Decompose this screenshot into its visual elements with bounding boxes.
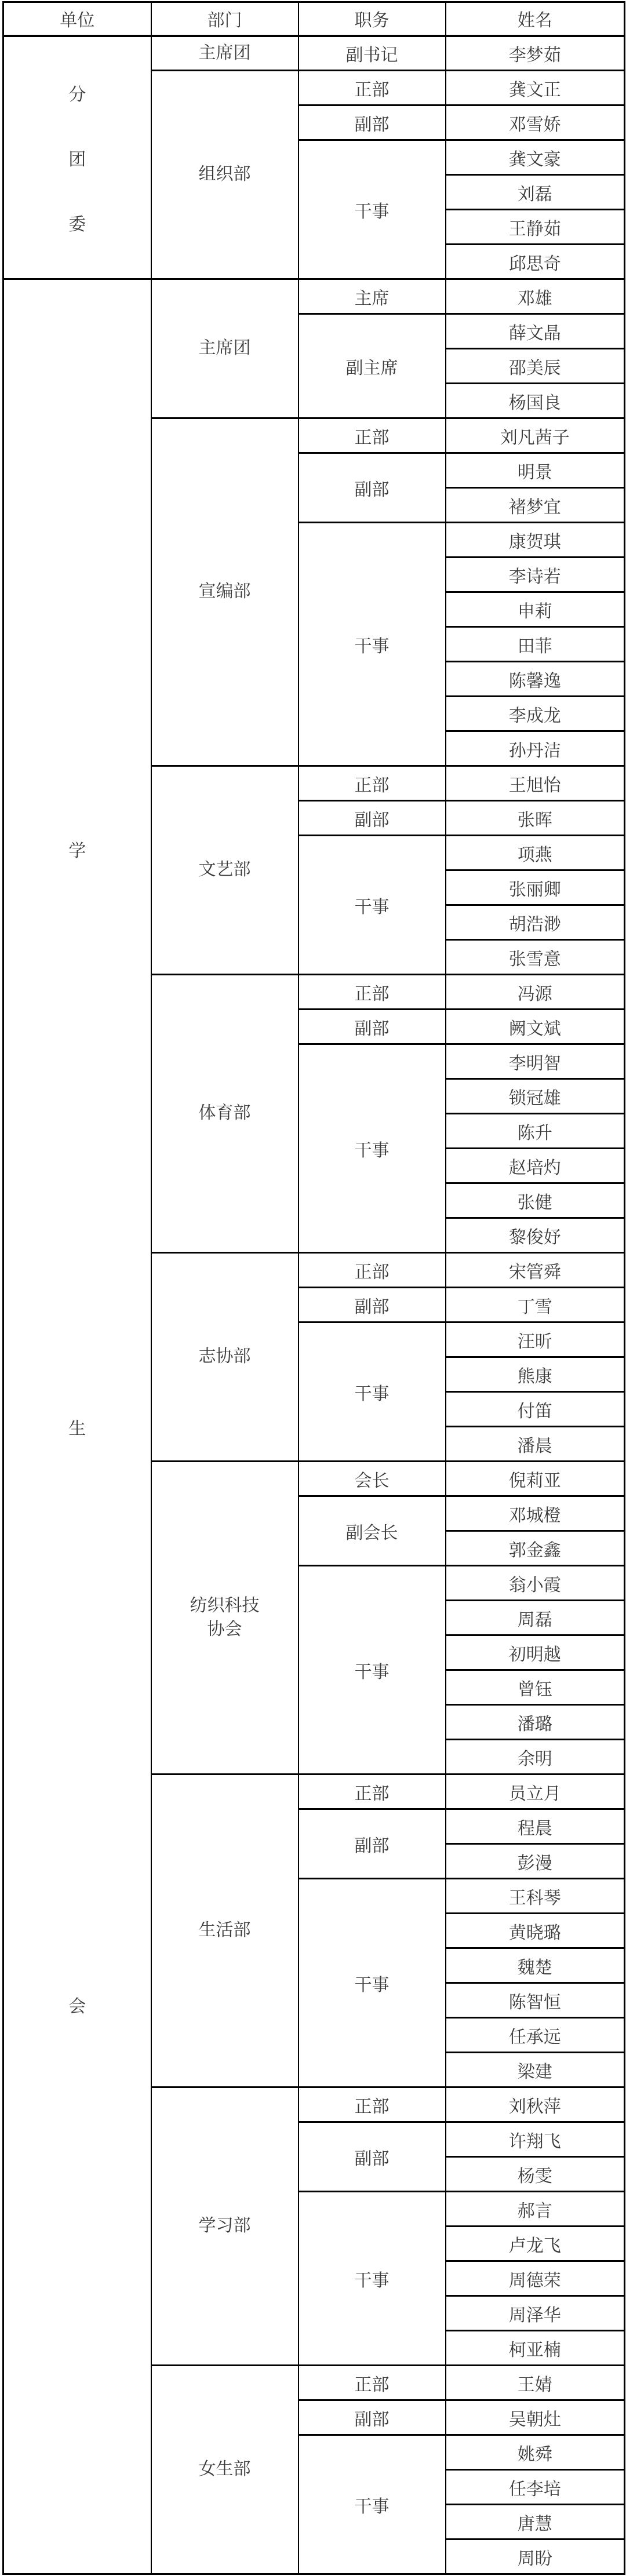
org-roster-table: 单位 部门 职务 姓名 分团委主席团副书记李梦茹组织部正部龚文正副部邓雪娇干事龚… xyxy=(2,1,625,2575)
name-cell: 倪莉亚 xyxy=(446,1462,625,1496)
name-cell: 刘秋萍 xyxy=(446,2087,625,2122)
name-cell: 邓城橙 xyxy=(446,1496,625,1531)
name-cell: 龚文豪 xyxy=(446,140,625,175)
position-cell: 干事 xyxy=(299,1879,446,2087)
position-cell: 干事 xyxy=(299,1322,446,1462)
department-cell: 体育部 xyxy=(151,975,299,1253)
position-cell: 正部 xyxy=(299,418,446,453)
position-cell: 副部 xyxy=(299,2400,446,2435)
position-cell: 副部 xyxy=(299,453,446,523)
name-cell: 余明 xyxy=(446,1740,625,1775)
unit-cell: 学生会 xyxy=(3,279,151,2574)
unit-char: 学 xyxy=(68,836,86,862)
name-cell: 李成龙 xyxy=(446,697,625,731)
name-cell: 梁建 xyxy=(446,2053,625,2087)
name-cell: 魏楚 xyxy=(446,1948,625,1983)
name-cell: 杨国良 xyxy=(446,384,625,418)
header-unit: 单位 xyxy=(3,2,151,36)
name-cell: 褚梦宜 xyxy=(446,488,625,523)
header-name: 姓名 xyxy=(446,2,625,36)
department-cell: 主席团 xyxy=(151,36,299,71)
name-cell: 任承远 xyxy=(446,2018,625,2053)
name-cell: 汪昕 xyxy=(446,1322,625,1357)
position-cell: 干事 xyxy=(299,1044,446,1253)
name-cell: 赵培灼 xyxy=(446,1149,625,1183)
position-cell: 副主席 xyxy=(299,314,446,418)
position-cell: 副部 xyxy=(299,2122,446,2192)
position-cell: 干事 xyxy=(299,140,446,279)
unit-cell: 分团委 xyxy=(3,36,151,279)
name-cell: 潘璐 xyxy=(446,1705,625,1740)
name-cell: 丁雪 xyxy=(446,1288,625,1322)
position-cell: 正部 xyxy=(299,766,446,801)
name-cell: 明景 xyxy=(446,453,625,488)
position-cell: 干事 xyxy=(299,2192,446,2366)
name-cell: 薛文晶 xyxy=(446,314,625,349)
header-row: 单位 部门 职务 姓名 xyxy=(3,2,625,36)
name-cell: 员立月 xyxy=(446,1775,625,1809)
name-cell: 刘磊 xyxy=(446,175,625,210)
position-cell: 正部 xyxy=(299,2366,446,2400)
name-cell: 姚舜 xyxy=(446,2435,625,2470)
table-row: 学生会主席团主席邓雄 xyxy=(3,279,625,314)
department-cell: 生活部 xyxy=(151,1775,299,2087)
name-cell: 周盼 xyxy=(446,2539,625,2574)
position-cell: 正部 xyxy=(299,71,446,105)
name-cell: 龚文正 xyxy=(446,71,625,105)
name-cell: 刘凡茜子 xyxy=(446,418,625,453)
name-cell: 邓雄 xyxy=(446,279,625,314)
name-cell: 胡浩渺 xyxy=(446,905,625,940)
name-cell: 周德荣 xyxy=(446,2261,625,2296)
department-cell: 学习部 xyxy=(151,2087,299,2366)
unit-char: 分 xyxy=(68,80,86,105)
unit-char: 生 xyxy=(68,1414,86,1440)
name-cell: 曾钰 xyxy=(446,1670,625,1705)
name-cell: 陈升 xyxy=(446,1114,625,1149)
name-cell: 阙文斌 xyxy=(446,1010,625,1044)
name-cell: 邵美辰 xyxy=(446,349,625,384)
department-cell: 纺织科技协会 xyxy=(151,1462,299,1775)
position-cell: 副部 xyxy=(299,1288,446,1322)
position-cell: 干事 xyxy=(299,1566,446,1775)
department-cell: 主席团 xyxy=(151,279,299,418)
name-cell: 田菲 xyxy=(446,627,625,662)
name-cell: 初明越 xyxy=(446,1635,625,1670)
position-cell: 会长 xyxy=(299,1462,446,1496)
name-cell: 翁小霞 xyxy=(446,1566,625,1601)
position-cell: 副部 xyxy=(299,105,446,140)
name-cell: 张晖 xyxy=(446,801,625,836)
name-cell: 项燕 xyxy=(446,836,625,870)
name-cell: 熊康 xyxy=(446,1357,625,1392)
name-cell: 张丽卿 xyxy=(446,870,625,905)
name-cell: 张雪意 xyxy=(446,940,625,975)
position-cell: 正部 xyxy=(299,2087,446,2122)
name-cell: 陈智恒 xyxy=(446,1983,625,2018)
position-cell: 正部 xyxy=(299,1253,446,1288)
position-cell: 副部 xyxy=(299,801,446,836)
name-cell: 程晨 xyxy=(446,1809,625,1844)
name-cell: 邓雪娇 xyxy=(446,105,625,140)
unit-char: 委 xyxy=(68,210,86,235)
position-cell: 正部 xyxy=(299,975,446,1010)
department-cell: 组织部 xyxy=(151,71,299,279)
department-cell: 宣编部 xyxy=(151,418,299,766)
name-cell: 宋管舜 xyxy=(446,1253,625,1288)
name-cell: 张健 xyxy=(446,1183,625,1218)
name-cell: 卢龙飞 xyxy=(446,2227,625,2261)
name-cell: 孙丹洁 xyxy=(446,731,625,766)
unit-char: 团 xyxy=(68,145,86,170)
name-cell: 李梦茹 xyxy=(446,36,625,71)
table-body: 分团委主席团副书记李梦茹组织部正部龚文正副部邓雪娇干事龚文豪刘磊王静茹邱思奇学生… xyxy=(3,36,625,2574)
name-cell: 王静茹 xyxy=(446,210,625,245)
name-cell: 李诗若 xyxy=(446,558,625,592)
position-cell: 干事 xyxy=(299,836,446,975)
name-cell: 冯源 xyxy=(446,975,625,1010)
name-cell: 邱思奇 xyxy=(446,245,625,279)
department-cell: 志协部 xyxy=(151,1253,299,1462)
name-cell: 付笛 xyxy=(446,1392,625,1427)
unit-vertical-label: 分团委 xyxy=(4,41,151,275)
name-cell: 吴朝灶 xyxy=(446,2400,625,2435)
position-cell: 正部 xyxy=(299,1775,446,1809)
name-cell: 许翔飞 xyxy=(446,2122,625,2157)
name-cell: 杨雯 xyxy=(446,2157,625,2192)
header-department: 部门 xyxy=(151,2,299,36)
name-cell: 王旭怡 xyxy=(446,766,625,801)
name-cell: 锁冠雄 xyxy=(446,1079,625,1114)
name-cell: 黎俊妤 xyxy=(446,1218,625,1253)
position-cell: 副部 xyxy=(299,1809,446,1879)
name-cell: 郝言 xyxy=(446,2192,625,2227)
name-cell: 陈馨逸 xyxy=(446,662,625,697)
header-position: 职务 xyxy=(299,2,446,36)
name-cell: 黄晓璐 xyxy=(446,1914,625,1948)
position-cell: 副会长 xyxy=(299,1496,446,1566)
name-cell: 周磊 xyxy=(446,1601,625,1635)
name-cell: 彭漫 xyxy=(446,1844,625,1879)
unit-vertical-label: 学生会 xyxy=(4,284,151,2570)
name-cell: 郭金鑫 xyxy=(446,1531,625,1566)
name-cell: 潘晨 xyxy=(446,1427,625,1462)
name-cell: 周泽华 xyxy=(446,2296,625,2331)
position-cell: 干事 xyxy=(299,523,446,766)
department-cell: 女生部 xyxy=(151,2366,299,2574)
name-cell: 康贺琪 xyxy=(446,523,625,558)
name-cell: 唐慧 xyxy=(446,2505,625,2539)
name-cell: 申莉 xyxy=(446,592,625,627)
table-header: 单位 部门 职务 姓名 xyxy=(3,2,625,36)
department-cell: 文艺部 xyxy=(151,766,299,975)
name-cell: 李明智 xyxy=(446,1044,625,1079)
position-cell: 干事 xyxy=(299,2435,446,2574)
unit-char: 会 xyxy=(68,1992,86,2017)
position-cell: 主席 xyxy=(299,279,446,314)
table-row: 分团委主席团副书记李梦茹 xyxy=(3,36,625,71)
position-cell: 副部 xyxy=(299,1010,446,1044)
name-cell: 任李培 xyxy=(446,2470,625,2505)
name-cell: 王科琴 xyxy=(446,1879,625,1914)
position-cell: 副书记 xyxy=(299,36,446,71)
name-cell: 柯亚楠 xyxy=(446,2331,625,2366)
name-cell: 王婧 xyxy=(446,2366,625,2400)
